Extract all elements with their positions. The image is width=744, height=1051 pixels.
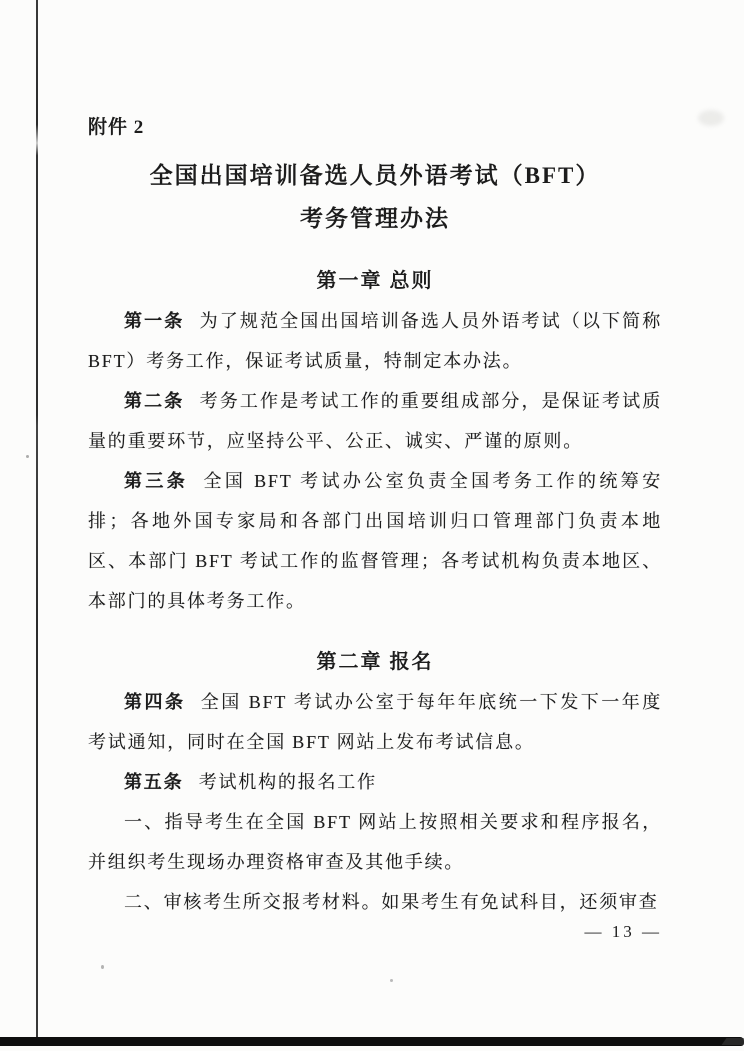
scan-edge-left — [36, 0, 38, 1037]
article-text: 二、审核考生所交报考材料。如果考生有免试科目，还须审查 — [124, 892, 659, 912]
article-label: 第四条 — [124, 692, 185, 712]
article-label: 第二条 — [124, 391, 184, 411]
article-paragraph: 第一条为了规范全国出国培训备选人员外语考试（以下简称 BFT）考务工作，保证考试… — [88, 301, 662, 381]
document-title: 全国出国培训备选人员外语考试（BFT） 考务管理办法 — [88, 154, 662, 240]
article-paragraph: 第二条考务工作是考试工作的重要组成部分，是保证考试质量的重要环节，应坚持公平、公… — [88, 381, 662, 461]
scan-speck — [26, 455, 29, 458]
chapters-container: 第一章 总则第一条为了规范全国出国培训备选人员外语考试（以下简称 BFT）考务工… — [88, 261, 662, 922]
document-title-line2: 考务管理办法 — [300, 206, 450, 231]
article-text: 考试机构的报名工作 — [199, 772, 377, 792]
document-title-line1: 全国出国培训备选人员外语考试（BFT） — [150, 163, 601, 188]
article-label: 第三条 — [124, 471, 188, 491]
list-item-paragraph: 二、审核考生所交报考材料。如果考生有免试科目，还须审查 — [88, 882, 662, 922]
page-number: — 13 — — [585, 922, 663, 942]
article-paragraph: 第四条全国 BFT 考试办公室于每年年底统一下发下一年度考试通知，同时在全国 B… — [88, 682, 662, 762]
article-label: 第一条 — [124, 311, 184, 331]
document-page: 附件 2 全国出国培训备选人员外语考试（BFT） 考务管理办法 第一章 总则第一… — [0, 0, 744, 1051]
attachment-label: 附件 2 — [88, 116, 662, 140]
document-content: 附件 2 全国出国培训备选人员外语考试（BFT） 考务管理办法 第一章 总则第一… — [88, 116, 662, 922]
article-paragraph: 第五条考试机构的报名工作 — [88, 762, 662, 802]
chapter-heading: 第二章 报名 — [88, 642, 662, 682]
scan-speck — [101, 965, 104, 969]
chapter-heading: 第一章 总则 — [88, 261, 662, 301]
article-paragraph: 第三条全国 BFT 考试办公室负责全国考务工作的统筹安排；各地外国专家局和各部门… — [88, 461, 662, 621]
article-text: 全国 BFT 考试办公室负责全国考务工作的统筹安排；各地外国专家局和各部门出国培… — [88, 471, 662, 611]
scan-smudge — [698, 110, 724, 126]
article-text: 一、指导考生在全国 BFT 网站上按照相关要求和程序报名，并组织考生现场办理资格… — [88, 812, 662, 872]
scan-edge-bottom — [0, 1037, 744, 1046]
scan-speck — [390, 979, 393, 982]
article-label: 第五条 — [124, 772, 183, 792]
list-item-paragraph: 一、指导考生在全国 BFT 网站上按照相关要求和程序报名，并组织考生现场办理资格… — [88, 802, 662, 882]
